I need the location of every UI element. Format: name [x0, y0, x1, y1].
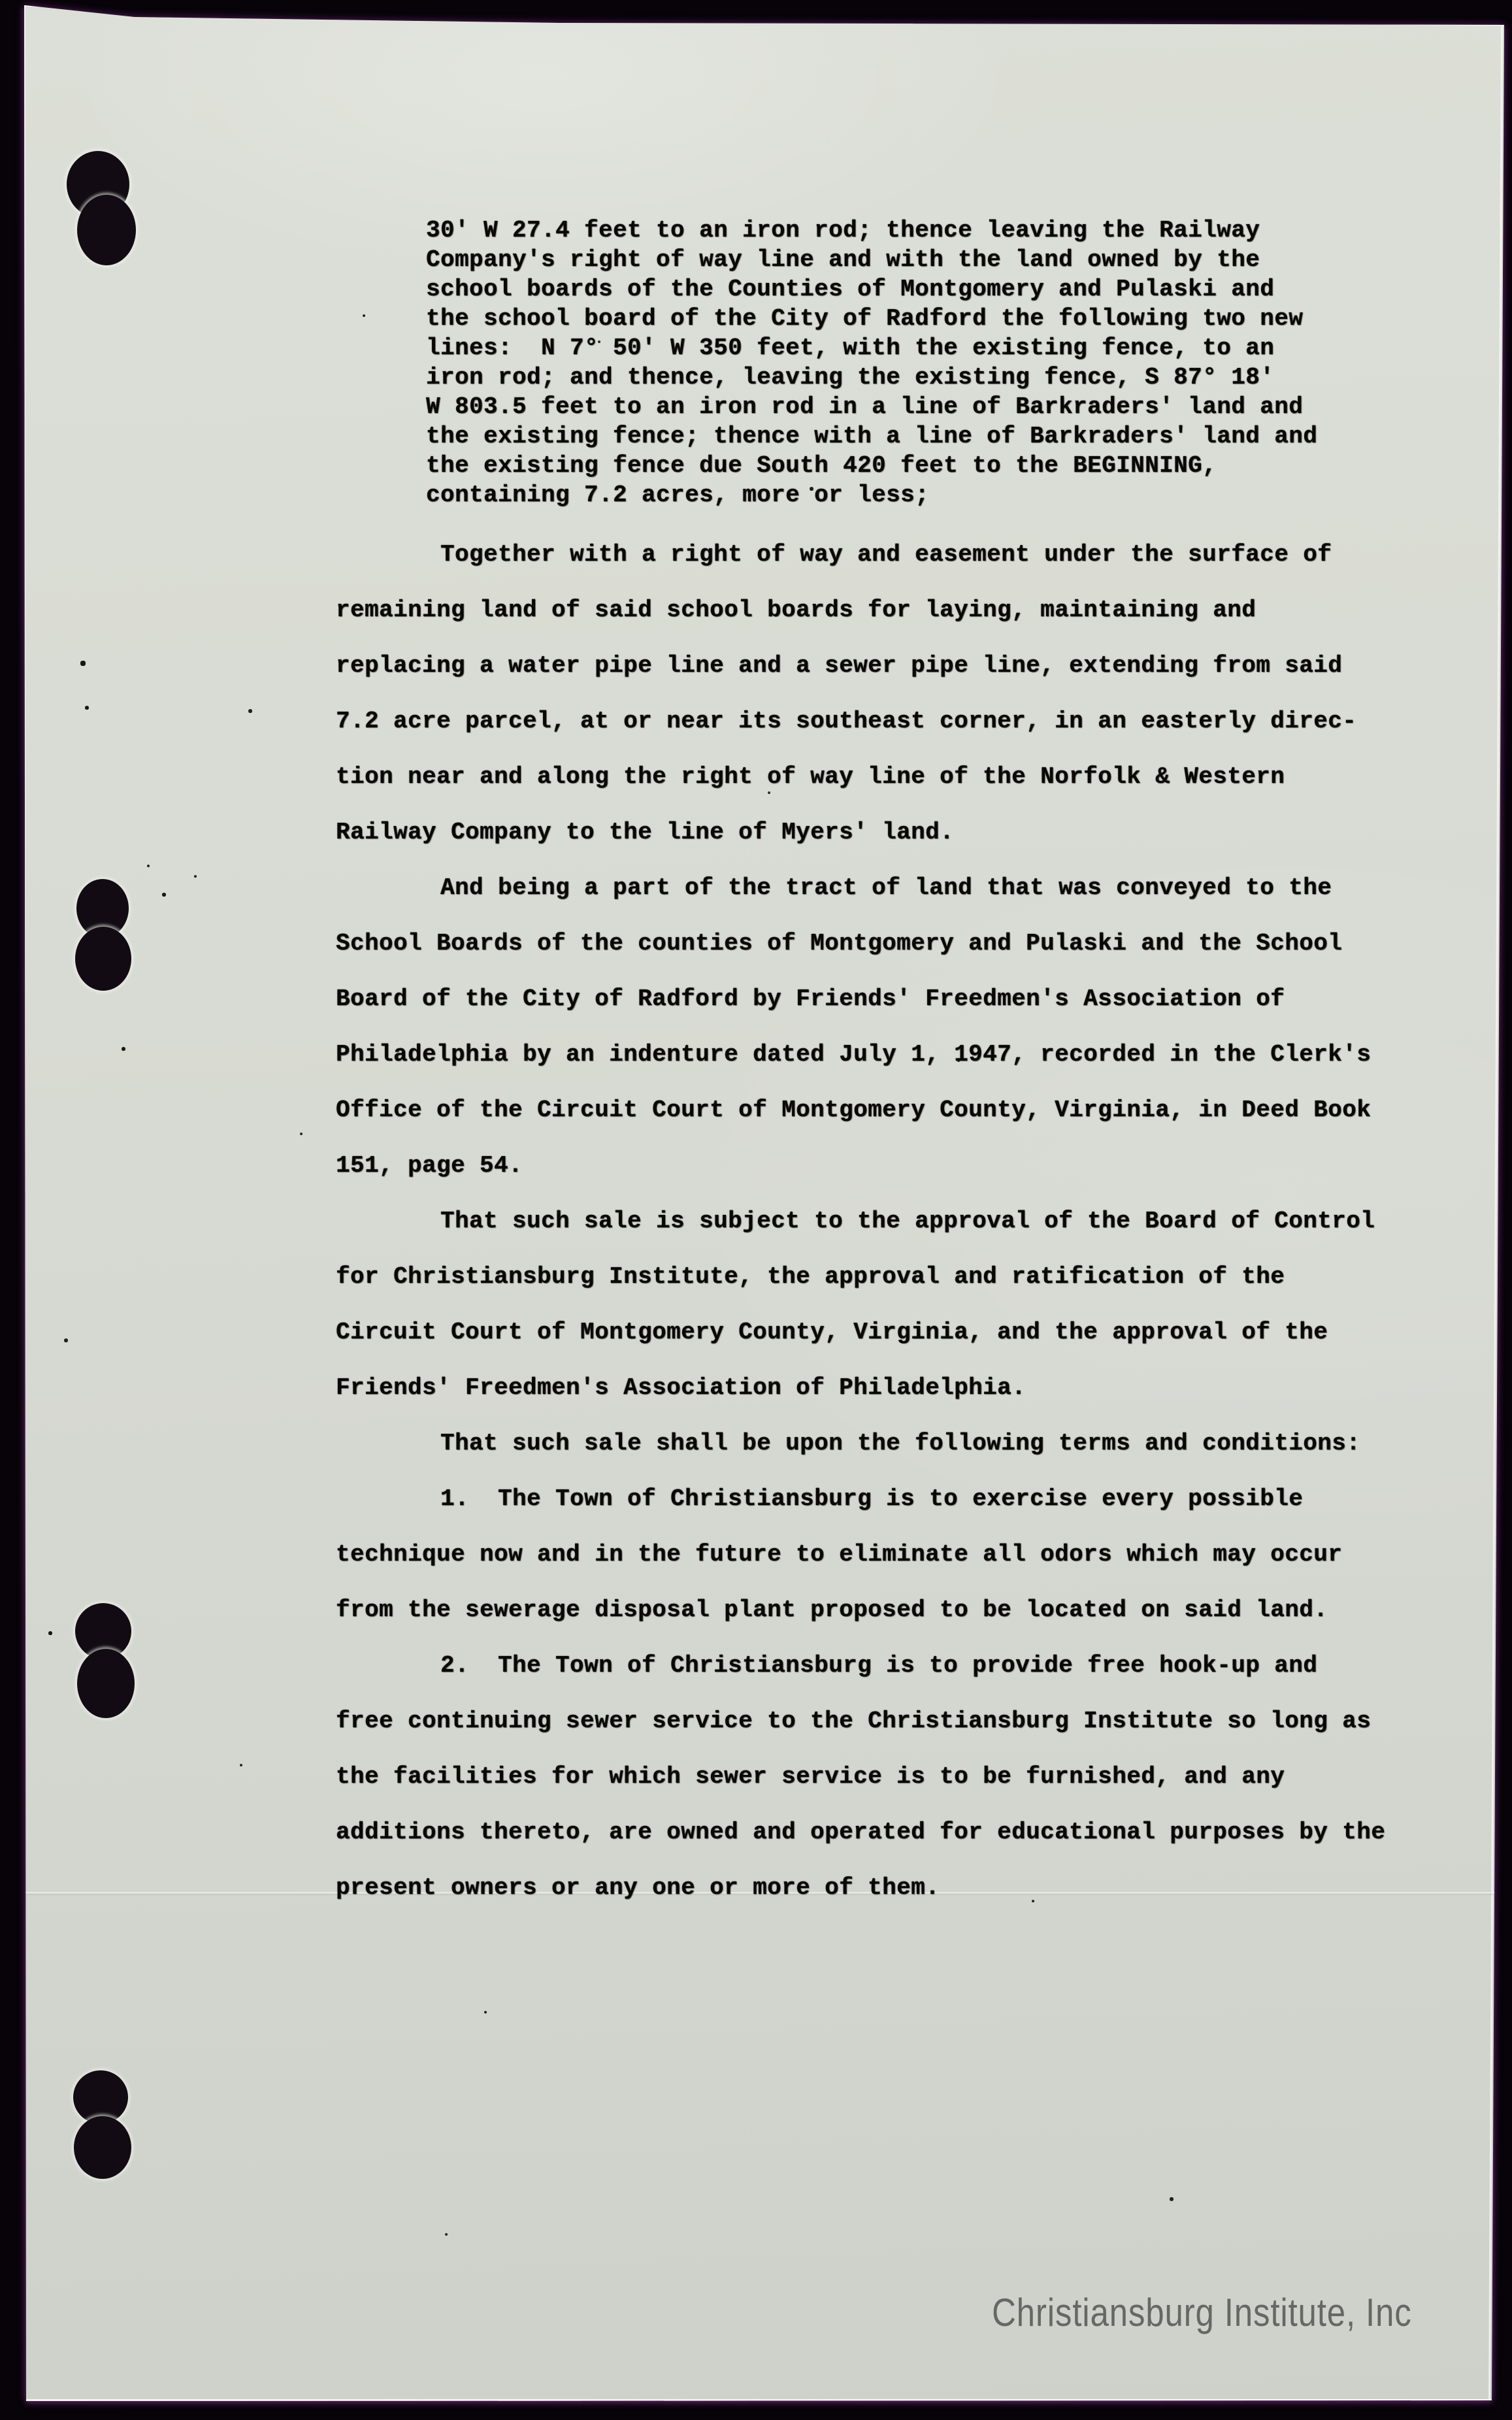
typed-line: tion near and along the right of way lin…: [336, 749, 1434, 804]
typed-line: Circuit Court of Montgomery County, Virg…: [336, 1304, 1434, 1360]
paragraph-condition-1: 1. The Town of Christiansburg is to exer…: [336, 1471, 1434, 1638]
typed-line: Board of the City of Radford by Friends'…: [336, 971, 1434, 1027]
typed-line: 2. The Town of Christiansburg is to prov…: [336, 1638, 1434, 1693]
paragraph-terms-intro: That such sale shall be upon the followi…: [336, 1416, 1434, 1471]
scanned-document: 30' W 27.4 feet to an iron rod; thence l…: [0, 0, 1512, 2420]
typed-line: Philadelphia by an indenture dated July …: [336, 1027, 1434, 1082]
watermark: Christiansburg Institute, Inc: [992, 2290, 1412, 2335]
typed-line: 7.2 acre parcel, at or near its southeas…: [336, 693, 1434, 749]
typed-line: the existing fence; thence with a line o…: [426, 422, 1434, 451]
paper-edge-highlight-left: [24, 7, 25, 2400]
typed-line: 30' W 27.4 feet to an iron rod; thence l…: [426, 216, 1434, 245]
hole-punch-4: [74, 2116, 131, 2179]
hole-punch-3: [77, 1649, 135, 1718]
typed-line: school boards of the Counties of Montgom…: [426, 274, 1434, 304]
typed-line: the existing fence due South 420 feet to…: [426, 451, 1434, 480]
paper-edge-highlight-top: [24, 4, 1505, 26]
typed-line: Friends' Freedmen's Association of Phila…: [336, 1360, 1434, 1416]
typed-line: the facilities for which sewer service i…: [336, 1749, 1434, 1804]
typed-line: free continuing sewer service to the Chr…: [336, 1693, 1434, 1749]
typed-line: lines: N 7° 50' W 350 feet, with the exi…: [426, 333, 1434, 363]
typed-line: And being a part of the tract of land th…: [336, 860, 1434, 916]
typed-line: for Christiansburg Institute, the approv…: [336, 1249, 1434, 1304]
typed-line: 1. The Town of Christiansburg is to exer…: [336, 1471, 1434, 1527]
paragraph-tract-history: And being a part of the tract of land th…: [336, 860, 1434, 1193]
typed-line: containing 7.2 acres, more or less;: [426, 480, 1434, 510]
typed-line: Railway Company to the line of Myers' la…: [336, 804, 1434, 860]
hole-punch-1: [77, 195, 136, 265]
paragraph-condition-2: 2. The Town of Christiansburg is to prov…: [336, 1638, 1434, 1915]
paragraph-easement: Together with a right of way and easemen…: [336, 527, 1434, 860]
typed-text-column: 30' W 27.4 feet to an iron rod; thence l…: [336, 216, 1434, 1915]
typed-line: W 803.5 feet to an iron rod in a line of…: [426, 392, 1434, 422]
paragraph-sale-approval: That such sale is subject to the approva…: [336, 1193, 1434, 1416]
hole-punch-2: [75, 927, 131, 991]
typed-line: That such sale shall be upon the followi…: [336, 1416, 1434, 1471]
typed-line: That such sale is subject to the approva…: [336, 1193, 1434, 1249]
typed-line: Company's right of way line and with the…: [426, 245, 1434, 274]
typed-line: Together with a right of way and easemen…: [336, 527, 1434, 582]
paper-edge-highlight-right: [1488, 26, 1503, 2400]
typed-line: from the sewerage disposal plant propose…: [336, 1582, 1434, 1638]
legal-description-block: 30' W 27.4 feet to an iron rod; thence l…: [426, 216, 1434, 510]
dust-speckles: [24, 1, 25, 3]
typed-line: iron rod; and thence, leaving the existi…: [426, 363, 1434, 392]
typed-line: present owners or any one or more of the…: [336, 1860, 1434, 1915]
typed-line: remaining land of said school boards for…: [336, 582, 1434, 638]
typed-line: technique now and in the future to elimi…: [336, 1527, 1434, 1582]
typed-line: replacing a water pipe line and a sewer …: [336, 638, 1434, 693]
typed-line: Office of the Circuit Court of Montgomer…: [336, 1082, 1434, 1138]
typed-line: 151, page 54.: [336, 1138, 1434, 1193]
typed-line: School Boards of the counties of Montgom…: [336, 916, 1434, 971]
paper-edge-highlight-bottom: [26, 2399, 1500, 2402]
paper-sheet: 30' W 27.4 feet to an iron rod; thence l…: [24, 1, 1505, 2404]
typed-line: the school board of the City of Radford …: [426, 304, 1434, 333]
typed-line: additions thereto, are owned and operate…: [336, 1804, 1434, 1860]
